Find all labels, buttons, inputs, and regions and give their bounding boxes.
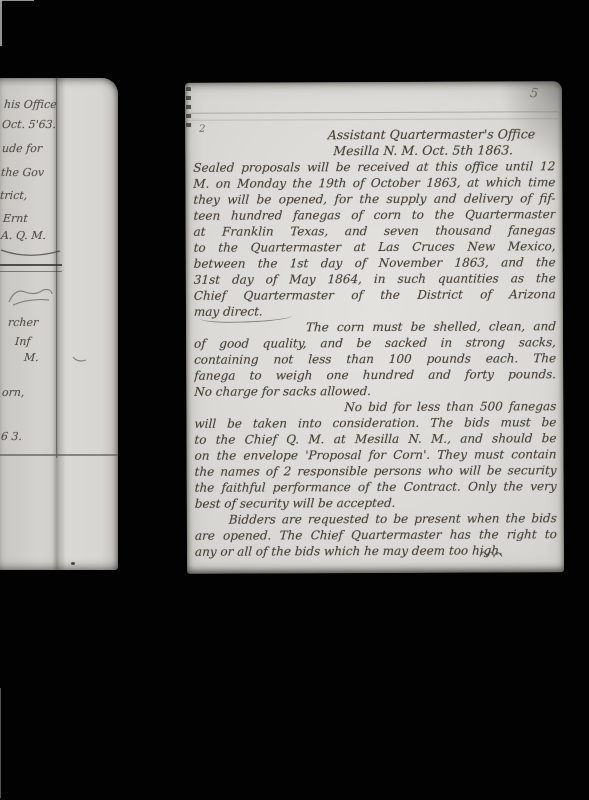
handwriting-fragment: trict,	[0, 189, 28, 202]
pen-squiggle	[479, 549, 503, 558]
handwriting-fragment: orn,	[2, 386, 25, 399]
letter-heading-office: Assistant Quartermaster's Office	[193, 126, 556, 144]
handwriting-line: the faithful performance of the Contract…	[194, 478, 557, 496]
handwriting-line: are opened. The Chief Quartermaster has …	[195, 526, 558, 544]
left-partial-page: his Office Oct. 5'63. ude for the Gov tr…	[0, 78, 118, 570]
handwriting-fragment: M.	[24, 351, 40, 364]
scan-edge-artifact	[0, 0, 2, 46]
letter-body: Assistant Quartermaster's Office Mesilla…	[193, 126, 557, 560]
handwriting-line: Chief Quartermaster of the District of A…	[193, 286, 556, 304]
handwriting-line: teen hundred fanegas of corn to the Quar…	[193, 206, 556, 224]
handwriting-line: Bidders are requested to be present when…	[194, 510, 557, 528]
handwriting-line: on the envelope 'Proposal for Corn'. The…	[194, 446, 557, 464]
handwriting-fragment: A. Q. M.	[1, 229, 47, 242]
pen-tick	[72, 354, 88, 364]
handwriting-fragment: 6 3.	[1, 430, 23, 443]
handwriting-fragment: Oct. 5'63.	[2, 118, 57, 131]
handwriting-fragment: the Gov	[1, 166, 45, 179]
ruled-separator	[0, 454, 118, 456]
handwriting-fragment: his Office	[4, 98, 58, 111]
handwriting-line: to the Chief Q. M. at Mesilla N. M., and…	[194, 430, 557, 448]
handwriting-fragment: Ernt	[3, 212, 29, 225]
binding-edge-marks	[186, 87, 191, 131]
handwriting-line: the names of 2 responsible persons who w…	[194, 462, 557, 480]
handwriting-fragment: rcher	[8, 316, 39, 329]
handwriting-line: at Franklin Texas, and seven thousand fa…	[193, 222, 556, 240]
handwriting-fragment: ude for	[2, 142, 43, 155]
scan-edge-artifact	[0, 688, 1, 798]
pen-numeral-mark: 5	[529, 86, 539, 102]
handwriting-line: of good quality, and be sacked in strong…	[194, 334, 557, 352]
handwriting-line: will be taken into consideration. The bi…	[194, 414, 557, 432]
handwriting-fragment: Inf	[15, 335, 31, 348]
handwriting-line: 31st day of May 1864, in such quantities…	[193, 270, 556, 288]
pen-flourish	[5, 284, 55, 308]
handwriting-line: No charge for sacks allowed.	[194, 382, 557, 400]
handwriting-line: they will be opened, for the supply and …	[193, 190, 556, 208]
handwriting-line: M. on Monday the 19th of October 1863, a…	[193, 174, 556, 192]
letter-page: 2 5 Assistant Quartermaster's Office Mes…	[185, 81, 564, 574]
pen-flourish	[0, 246, 62, 260]
handwriting-line: between the 1st day of November 1863, an…	[193, 254, 556, 272]
scan-edge-artifact	[0, 0, 34, 1]
handwriting-line: best of security will be accepted.	[194, 494, 557, 512]
letter-dateline: Mesilla N. M. Oct. 5th 1863.	[193, 142, 556, 160]
handwriting-line: containing not less than 100 pounds each…	[194, 350, 557, 368]
handwriting-line: Sealed proposals will be received at thi…	[193, 158, 556, 176]
faint-ruled-line	[189, 118, 558, 121]
faint-ruled-line	[189, 111, 558, 114]
handwriting-line: fanega to weigh one hundred and forty po…	[194, 366, 557, 384]
scanned-document-view: his Office Oct. 5'63. ude for the Gov tr…	[0, 0, 589, 800]
ruled-separator	[0, 264, 62, 272]
handwriting-line: No bid for less than 500 fanegas	[194, 398, 557, 416]
ink-dot	[71, 562, 75, 565]
handwriting-line: to the Quartermaster at Las Cruces New M…	[193, 238, 556, 256]
